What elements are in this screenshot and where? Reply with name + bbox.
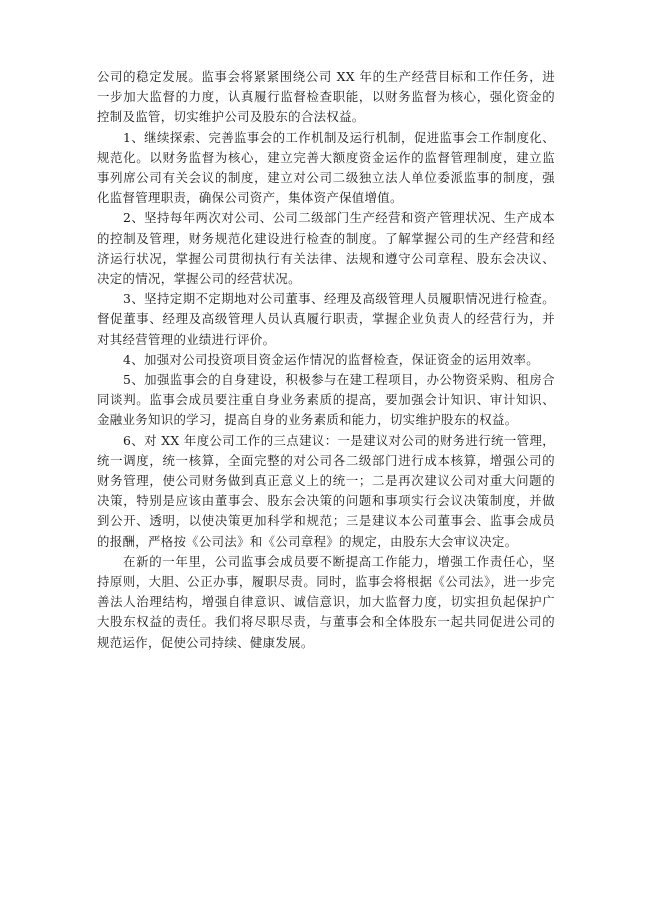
paragraph-intro-continuation: 公司的稳定发展。监事会将紧紧围绕公司 XX 年的生产经营目标和工作任务，进一步加… (97, 67, 555, 128)
document-page: 公司的稳定发展。监事会将紧紧围绕公司 XX 年的生产经营目标和工作任务，进一步加… (97, 67, 555, 653)
paragraph-item-3: 3、坚持定期不定期地对公司董事、经理及高级管理人员履职情况进行检查。督促董事、经… (97, 289, 555, 350)
paragraph-item-5: 5、加强监事会的自身建设，积极参与在建工程项目，办公物资采购、租房合同谈判。监事… (97, 370, 555, 431)
paragraph-conclusion: 在新的一年里，公司监事会成员要不断提高工作能力，增强工作责任心，坚持原则，大胆、… (97, 552, 555, 653)
paragraph-item-4: 4、加强对公司投资项目资金运作情况的监督检查，保证资金的运用效率。 (97, 350, 555, 370)
paragraph-item-1: 1、继续探索、完善监事会的工作机制及运行机制，促进监事会工作制度化、规范化。以财… (97, 128, 555, 209)
paragraph-item-6: 6、对 XX 年度公司工作的三点建议：一是建议对公司的财务进行统一管理，统一调度… (97, 431, 555, 552)
paragraph-item-2: 2、坚持每年两次对公司、公司二级部门生产经营和资产管理状况、生产成本的控制及管理… (97, 208, 555, 289)
